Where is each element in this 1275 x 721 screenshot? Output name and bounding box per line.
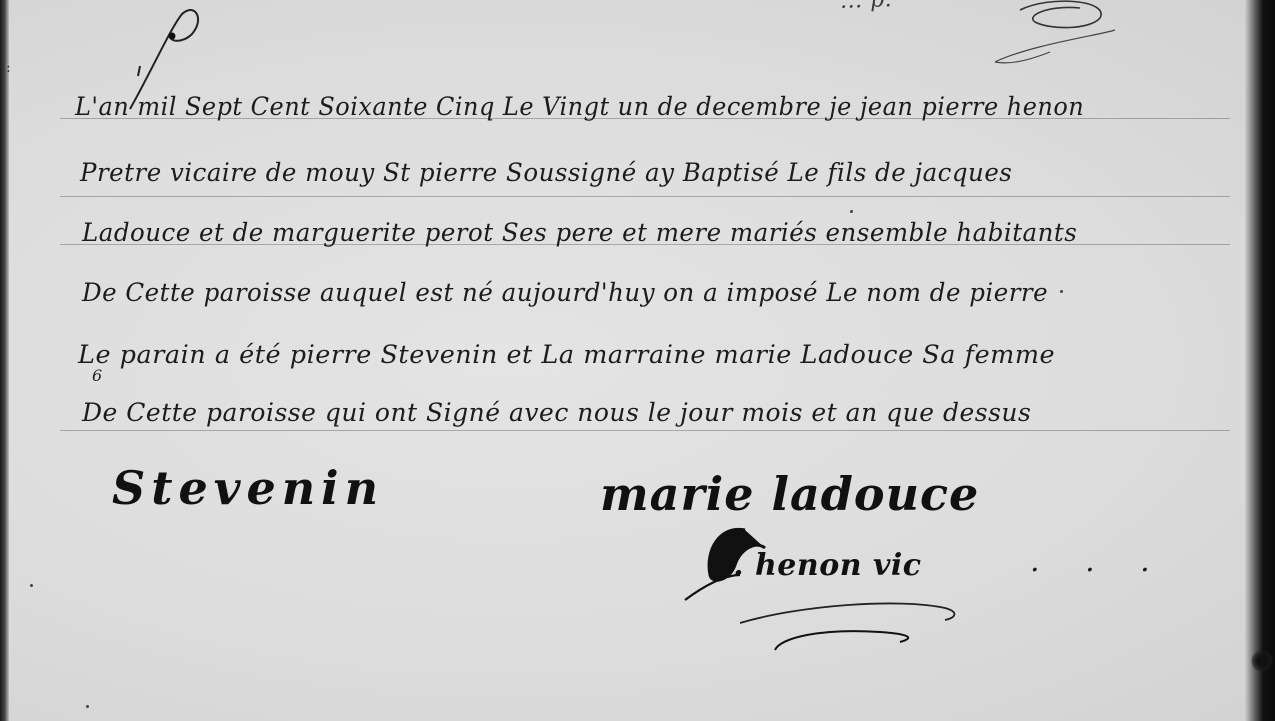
register-line-5: Le parain a été pierre Stevenin et La ma… xyxy=(78,340,1055,370)
register-page: ... p. : L'an mil Sept Cent Soixante Cin… xyxy=(0,0,1275,721)
signature-trailing-dots: . . . xyxy=(1030,544,1168,579)
margin-mark: : xyxy=(6,60,11,76)
register-line-3: Ladouce et de marguerite perot Ses pere … xyxy=(82,218,1077,248)
paper-speck xyxy=(850,210,853,213)
margin-number: 6 xyxy=(92,366,102,385)
signature-godmother: marie ladouce xyxy=(600,468,979,520)
flourish-icon xyxy=(990,0,1140,70)
register-line-6: De Cette paroisse qui ont Signé avec nou… xyxy=(82,398,1031,428)
signature-godfather: Stevenin xyxy=(112,462,384,514)
register-line-2: Pretre vicaire de mouy St pierre Soussig… xyxy=(80,158,1012,188)
ruling-line xyxy=(60,430,1230,431)
page-left-edge-shadow xyxy=(0,0,9,721)
paper-speck xyxy=(1060,290,1063,293)
previous-entry-fragment: ... p. xyxy=(840,0,893,14)
paper-speck xyxy=(30,584,33,587)
signature-priest: P. henon vic xyxy=(715,548,922,584)
paper-speck xyxy=(86,705,89,708)
register-line-4: De Cette paroisse auquel est né aujourd'… xyxy=(82,278,1048,308)
priest-signature-flourish-icon xyxy=(680,520,980,660)
ink-blot xyxy=(1251,650,1273,672)
ruling-line xyxy=(60,196,1230,197)
register-line-1: L'an mil Sept Cent Soixante Cinq Le Ving… xyxy=(75,92,1084,122)
page-right-edge-binding xyxy=(1245,0,1275,721)
